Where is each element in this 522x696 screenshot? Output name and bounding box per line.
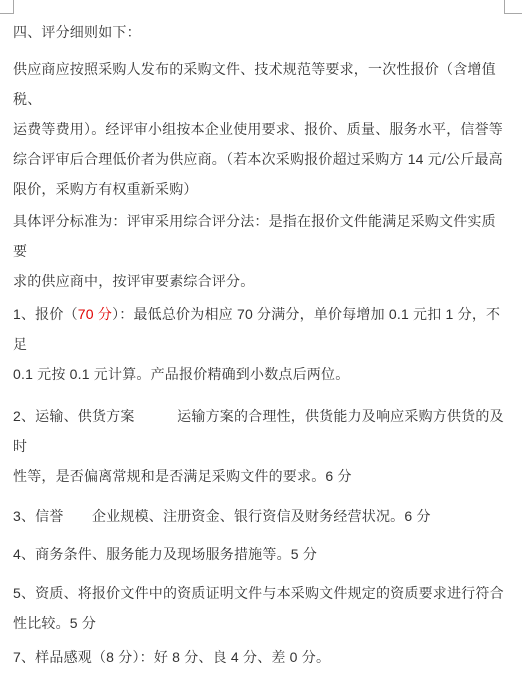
text-line: 1、报价（70 分）：最低总价为相应 70 分满分，单价每增加 0.1 元扣 1…	[13, 299, 506, 359]
paragraph-list-item-5: 5、资质、将报价文件中的资质证明文件与本采购文件规定的资质要求进行符合性比较。5…	[13, 578, 506, 638]
text-line: 综合评审后合理低价者为供应商。（若本次采购报价超过采购方 14 元/公斤最高	[13, 144, 506, 174]
text-line: 运费等费用）。经评审小组按本企业使用要求、报价、质量、服务水平，信誉等	[13, 114, 506, 144]
text-line: 5、资质、将报价文件中的资质证明文件与本采购文件规定的资质要求进行符合	[13, 578, 506, 608]
text-line: 4、商务条件、服务能力及现场服务措施等。5 分	[13, 539, 506, 569]
text-line: 求的供应商中，按评审要素综合评分。	[13, 266, 506, 296]
document-page: 四、评分细则如下：供应商应按照采购人发布的采购文件、技术规范等要求，一次性报价（…	[0, 0, 522, 696]
text-run: 运费等费用）。经评审小组按本企业使用要求、报价、质量、服务水平，信誉等	[13, 121, 503, 137]
score-highlight: 70 分	[78, 306, 112, 322]
text-run: 3、信誉 企业规模、注册资金、银行资信及财务经营状况。6 分	[13, 508, 431, 524]
text-line: 0.1 元按 0.1 元计算。产品报价精确到小数点后两位。	[13, 359, 506, 389]
text-line: 限价，采购方有权重新采购）	[13, 174, 506, 204]
text-run: 性比较。5 分	[13, 615, 96, 631]
text-run: 0.1 元按 0.1 元计算。产品报价精确到小数点后两位。	[13, 366, 349, 382]
text-run: 限价，采购方有权重新采购）	[13, 181, 198, 197]
text-line: 3、信誉 企业规模、注册资金、银行资信及财务经营状况。6 分	[13, 501, 506, 531]
text-run: 4、商务条件、服务能力及现场服务措施等。5 分	[13, 546, 317, 562]
text-run: 2、运输、供货方案 运输方案的合理性，供货能力及响应采购方供货的及时	[13, 408, 504, 454]
text-boundary-corner-mark-right	[504, 0, 522, 14]
text-line: 性比较。5 分	[13, 608, 506, 638]
text-line: 具体评分标准为：评审采用综合评分法：是指在报价文件能满足采购文件实质要	[13, 206, 506, 266]
text-line: 四、评分细则如下：	[13, 17, 506, 47]
text-line: 供应商应按照采购人发布的采购文件、技术规范等要求，一次性报价（含增值税、	[13, 54, 506, 114]
text-line: 性等，是否偏离常规和是否满足采购文件的要求。6 分	[13, 461, 506, 491]
text-run: 供应商应按照采购人发布的采购文件、技术规范等要求，一次性报价（含增值税、	[13, 61, 496, 107]
paragraph-body: 供应商应按照采购人发布的采购文件、技术规范等要求，一次性报价（含增值税、运费等费…	[13, 54, 506, 204]
paragraph-list-item-2: 2、运输、供货方案 运输方案的合理性，供货能力及响应采购方供货的及时性等，是否偏…	[13, 401, 506, 491]
text-run: 5、资质、将报价文件中的资质证明文件与本采购文件规定的资质要求进行符合	[13, 585, 504, 601]
text-run: 具体评分标准为：评审采用综合评分法：是指在报价文件能满足采购文件实质要	[13, 213, 496, 259]
paragraph-list-item-1: 1、报价（70 分）：最低总价为相应 70 分满分，单价每增加 0.1 元扣 1…	[13, 299, 506, 389]
paragraph-list-item-4: 4、商务条件、服务能力及现场服务措施等。5 分	[13, 539, 506, 569]
paragraph-list-item-7: 7、样品感观（8 分）：好 8 分、良 4 分、差 0 分。	[13, 642, 506, 672]
text-run: 求的供应商中，按评审要素综合评分。	[13, 273, 254, 289]
text-run: 性等，是否偏离常规和是否满足采购文件的要求。6 分	[13, 468, 352, 484]
section-heading: 四、评分细则如下：	[13, 17, 506, 47]
text-run: 综合评审后合理低价者为供应商。（若本次采购报价超过采购方 14 元/公斤最高	[13, 151, 503, 167]
text-run: 1、报价（	[13, 306, 78, 322]
text-run: 四、评分细则如下：	[13, 24, 141, 40]
paragraph-body: 具体评分标准为：评审采用综合评分法：是指在报价文件能满足采购文件实质要求的供应商…	[13, 206, 506, 296]
document-body: 四、评分细则如下：供应商应按照采购人发布的采购文件、技术规范等要求，一次性报价（…	[13, 17, 506, 681]
text-run: 7、样品感观（8 分）：好 8 分、良 4 分、差 0 分。	[13, 649, 330, 665]
text-line: 7、样品感观（8 分）：好 8 分、良 4 分、差 0 分。	[13, 642, 506, 672]
text-line: 2、运输、供货方案 运输方案的合理性，供货能力及响应采购方供货的及时	[13, 401, 506, 461]
paragraph-list-item-3: 3、信誉 企业规模、注册资金、银行资信及财务经营状况。6 分	[13, 501, 506, 531]
text-boundary-corner-mark-left	[0, 0, 14, 14]
